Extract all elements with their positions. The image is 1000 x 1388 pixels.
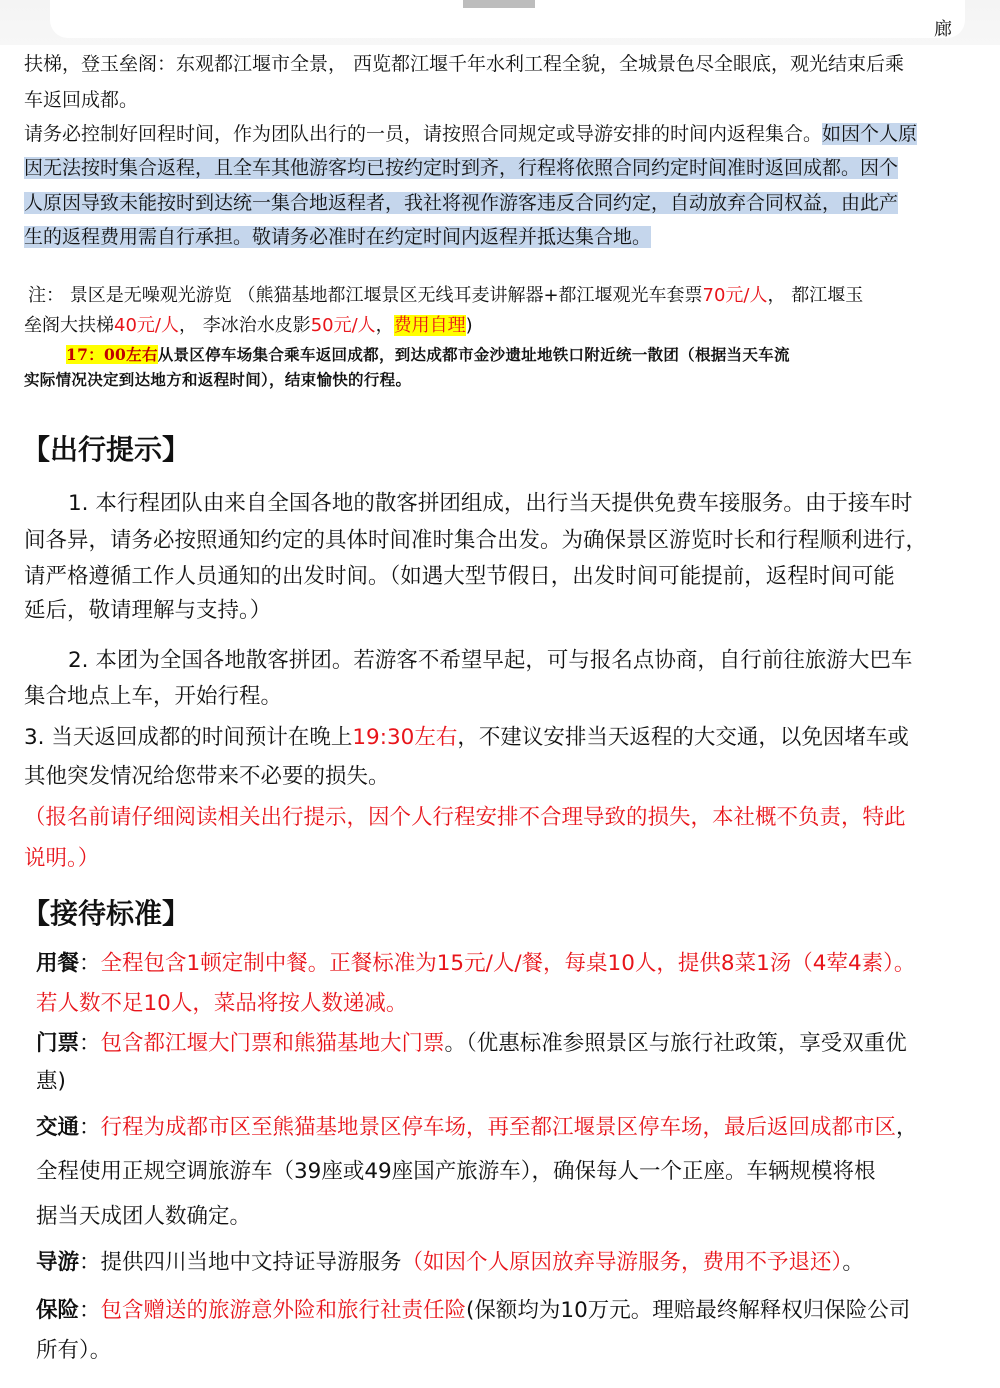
return-notice-line-1: 请务必控制好回程时间，作为团队出行的一员，请按照合同规定或导游安排的时间内返程集… — [24, 119, 917, 146]
ticket-red-text: 包含都江堰大门票和熊猫基地大门票 — [101, 1031, 445, 1056]
transport-line-3: 据当天成团人数确定。 — [36, 1199, 251, 1230]
note-text: ， 都江堰玉 — [768, 285, 864, 306]
guide-end: 。 — [842, 1250, 864, 1275]
intro-line-2: 车返回成都。 — [24, 85, 138, 112]
tip-2-line-1: 2. 本团为全国各地散客拼团。若游客不希望早起，可与报名点协商，自行前往旅游大巴… — [68, 643, 912, 674]
partial-overlay-text: 廊 — [934, 15, 952, 41]
ticket-text: 。（优惠标准参照景区与旅行社政策，享受双重优 — [445, 1031, 907, 1056]
meal-line-2: 若人数不足10人，菜品将按人数递减。 — [36, 986, 407, 1017]
guide-text: 提供四川当地中文持证导游服务 — [101, 1250, 402, 1275]
tip-3-line-1: 3. 当天返回成都的时间预计在晚上19:30左右，不建议安排当天返程的大交通，以… — [24, 720, 909, 751]
guide-label: 导游 — [36, 1250, 79, 1275]
tip-1-line-2: 间各异，请务必按照通知约定的具体时间准时集合出发。为确保景区游览时长和行程顺利进… — [24, 523, 927, 554]
warning-line-1: （报名前请仔细阅读相关出行提示，因个人行程安排不合理导致的损失，本社概不负责，特… — [24, 800, 906, 831]
colon: ： — [79, 951, 101, 976]
colon: ： — [79, 1250, 101, 1275]
return-schedule-line-2: 实际情况决定到达地方和返程时间），结束愉快的行程。 — [24, 368, 411, 390]
tip-3-text: ，不建议安排当天返程的大交通，以免因堵车或 — [457, 725, 909, 750]
tip-2-line-2: 集合地点上车，开始行程。 — [24, 679, 282, 710]
tip-3-text: 3. 当天返回成都的时间预计在晚上 — [24, 725, 352, 750]
guide-line: 导游：提供四川当地中文持证导游服务（如因个人原因放弃导游服务，费用不予退还）。 — [36, 1245, 864, 1276]
tip-1-line-4: 延后，敬请理解与支持。） — [24, 593, 271, 624]
price-40: 40元/人 — [114, 315, 179, 336]
transport-label: 交通 — [36, 1115, 79, 1140]
note-text: ， 李冰治水皮影 — [179, 315, 311, 336]
selected-text[interactable]: 如因个人原 — [822, 123, 917, 145]
note-text: ) — [466, 315, 473, 336]
selected-text[interactable]: 生的返程费用需自行承担。敬请务必准时在约定时间内返程并抵达集合地。 — [24, 226, 651, 248]
intro-line-1: 扶梯，登玉垒阁：东观都江堰市全景， 西览都江堰千年水利工程全貌，全城景色尽全眼底… — [24, 49, 904, 76]
return-notice-line-4: 生的返程费用需自行承担。敬请务必准时在约定时间内返程并抵达集合地。 — [24, 222, 651, 249]
drag-handle[interactable] — [463, 0, 535, 8]
insurance-line-1: 保险：包含赠送的旅游意外险和旅行社责任险(保额均为10万元。理赔最终解释权归保险… — [36, 1293, 910, 1324]
insurance-red-text: 包含赠送的旅游意外险和旅行社责任险 — [101, 1298, 467, 1323]
insurance-label: 保险 — [36, 1298, 79, 1323]
note-text: 垒阁大扶梯 — [24, 315, 114, 336]
note-text: 注： 景区是无噪观光游览 （熊猫基地都江堰景区无线耳麦讲解器+都江堰观光车套票 — [28, 285, 703, 306]
return-time: 17：00左右 — [66, 345, 158, 364]
tip-1-line-1: 1. 本行程团队由来自全国各地的散客拼团组成，出行当天提供免费车接服务。由于接车… — [68, 486, 912, 517]
colon: ： — [79, 1031, 101, 1056]
meal-line-1: 用餐：全程包含1顿定制中餐。正餐标准为15元/人/餐，每桌10人，提供8菜1汤（… — [36, 946, 915, 977]
insurance-text: (保额均为10万元。理赔最终解释权归保险公司 — [466, 1298, 910, 1323]
ticket-line-2: 惠) — [36, 1064, 66, 1095]
selected-text[interactable]: 人原因导致未能按时到达统一集合地返程者，我社将视作游客违反合同约定，自动放弃合同… — [24, 192, 898, 214]
transport-text: ， — [896, 1115, 918, 1140]
warning-line-2: 说明。） — [24, 841, 99, 872]
note-text: ， — [376, 315, 394, 336]
colon: ： — [79, 1298, 101, 1323]
return-schedule-text: 从景区停车场集合乘车返回成都，到达成都市金沙遗址地铁口附近统一散团（根据当天车流 — [158, 345, 790, 364]
note-line-2: 垒阁大扶梯40元/人， 李冰治水皮影50元/人，费用自理) — [24, 311, 473, 337]
travel-tips-heading: 【出行提示】 — [22, 428, 190, 468]
ticket-label: 门票 — [36, 1031, 79, 1056]
transport-line-1: 交通：行程为成都市区至熊猫基地景区停车场，再至都江堰景区停车场，最后返回成都市区… — [36, 1110, 918, 1141]
meal-label: 用餐 — [36, 951, 79, 976]
price-50: 50元/人 — [311, 315, 376, 336]
transport-red-text: 行程为成都市区至熊猫基地景区停车场，再至都江堰景区停车场，最后返回成都市区 — [101, 1115, 897, 1140]
service-standards-heading: 【接待标准】 — [22, 892, 190, 932]
colon: ： — [79, 1115, 101, 1140]
insurance-line-2: 所有）。 — [36, 1333, 111, 1364]
transport-line-2: 全程使用正规空调旅游车（39座或49座国产旅游车），确保每人一个正座。车辆规模将… — [36, 1154, 875, 1185]
return-time-1930: 19:30左右 — [352, 725, 457, 750]
guide-red-text: （如因个人原因放弃导游服务，费用不予退还） — [402, 1250, 843, 1275]
self-pay-badge: 费用自理 — [394, 315, 466, 336]
return-schedule-line-1: 17：00左右从景区停车场集合乘车返回成都，到达成都市金沙遗址地铁口附近统一散团… — [66, 343, 790, 365]
tip-3-line-2: 其他突发情况给您带来不必要的损失。 — [24, 759, 390, 790]
selected-text[interactable]: 因无法按时集合返程，且全车其他游客均已按约定时到齐，行程将依照合同约定时间准时返… — [24, 157, 898, 179]
return-notice-plain: 请务必控制好回程时间，作为团队出行的一员，请按照合同规定或导游安排的时间内返程集… — [24, 123, 822, 145]
meal-text: 全程包含1顿定制中餐。正餐标准为15元/人/餐，每桌10人，提供8菜1汤（4荤4… — [101, 951, 916, 976]
return-notice-line-3: 人原因导致未能按时到达统一集合地返程者，我社将视作游客违反合同约定，自动放弃合同… — [24, 188, 898, 215]
return-notice-line-2: 因无法按时集合返程，且全车其他游客均已按约定时到齐，行程将依照合同约定时间准时返… — [24, 153, 898, 180]
price-70: 70元/人 — [703, 285, 768, 306]
tip-1-line-3: 请严格遵循工作人员通知的出发时间。（如遇大型节假日，出发时间可能提前，返程时间可… — [24, 559, 895, 590]
note-line-1: 注： 景区是无噪观光游览 （熊猫基地都江堰景区无线耳麦讲解器+都江堰观光车套票7… — [28, 281, 863, 307]
ticket-line-1: 门票：包含都江堰大门票和熊猫基地大门票。（优惠标准参照景区与旅行社政策，享受双重… — [36, 1026, 907, 1057]
